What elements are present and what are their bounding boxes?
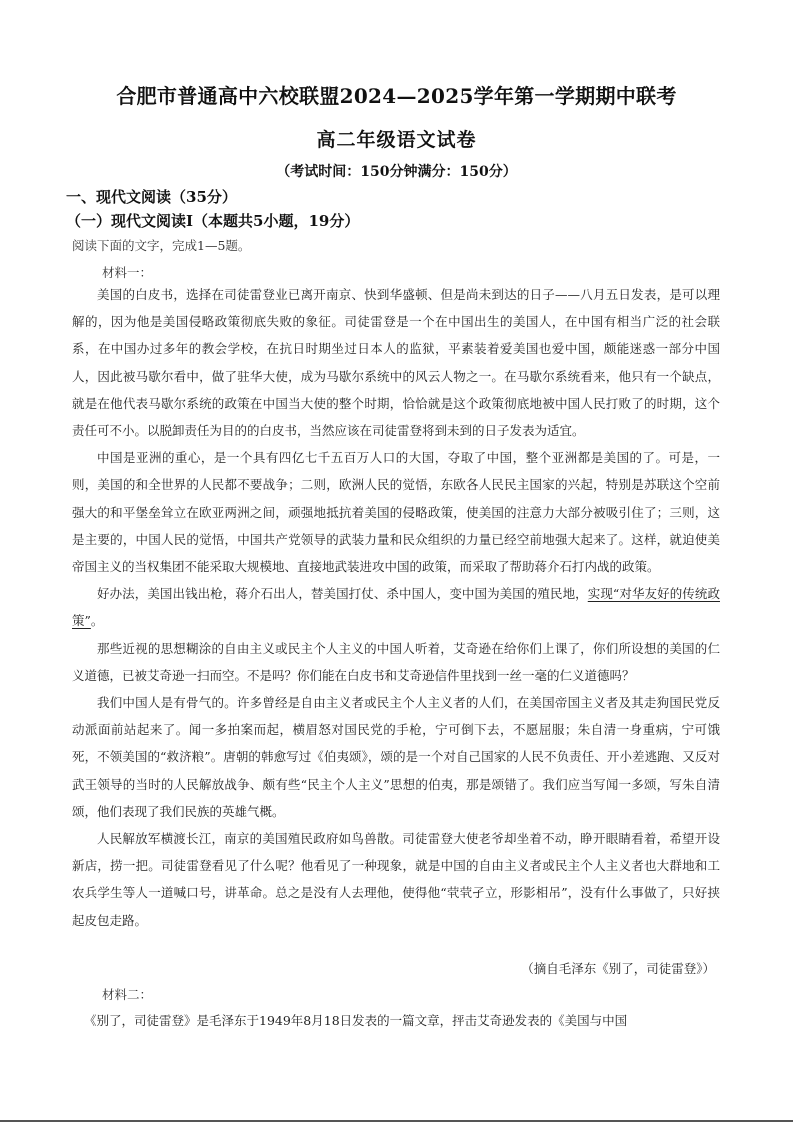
material-one-source: （摘自毛泽东《别了，司徒雷登》）	[521, 959, 715, 977]
plan-text: 好办法，美国出钱出枪，蒋介石出人，替美国打仗、杀中国人，变中国为美国的殖民地，	[97, 586, 588, 601]
material-one-paragraph-2: 中国是亚洲的重心，是一个具有四亿七千五百万人口的大国，夺取了中国，整个亚洲都是美…	[72, 444, 720, 580]
material-one-paragraph-4: 那些近视的思想糊涂的自由主义或民主个人主义的中国人听着，艾奇逊在给你们上课了，你…	[72, 635, 720, 689]
material-two-paragraph-1: 《别了，司徒雷登》是毛泽东于1949年8月18日发表的一篇文章，抨击艾奇逊发表的…	[72, 1007, 720, 1034]
material-one-paragraph-6: 人民解放军横渡长江，南京的美国殖民政府如鸟兽散。司徒雷登大使老爷却坐着不动，睁开…	[72, 825, 720, 934]
material-one-paragraph-5: 我们中国人是有骨气的。许多曾经是自由主义者或民主个人主义者的人们，在美国帝国主义…	[72, 689, 720, 825]
exam-info: （考试时间：150分钟满分：150分）	[0, 161, 793, 181]
material-one-body: 美国的白皮书，选择在司徒雷登业已离开南京、快到华盛顿、但是尚未到达的日子——八月…	[72, 281, 720, 934]
material-two-label: 材料二：	[102, 985, 152, 1003]
material-one-paragraph-1: 美国的白皮书，选择在司徒雷登业已离开南京、快到华盛顿、但是尚未到达的日子——八月…	[72, 281, 720, 444]
reading-instruction: 阅读下面的文字，完成1—5题。	[72, 236, 250, 254]
section-heading: 一、现代文阅读（35分）	[66, 186, 237, 207]
material-one-paragraph-3: 好办法，美国出钱出枪，蒋介石出人，替美国打仗、杀中国人，变中国为美国的殖民地，实…	[72, 580, 720, 634]
material-two-body: 《别了，司徒雷登》是毛泽东于1949年8月18日发表的一篇文章，抨击艾奇逊发表的…	[72, 1007, 720, 1034]
exam-subtitle: 高二年级语文试卷	[0, 125, 793, 152]
plan-suffix: 。	[91, 613, 104, 628]
exam-title: 合肥市普通高中六校联盟2024—2025学年第一学期期中联考	[0, 80, 793, 109]
material-one-label: 材料一：	[102, 263, 152, 281]
subsection-heading: （一）现代文阅读Ⅰ（本题共5小题，19分）	[66, 210, 359, 231]
